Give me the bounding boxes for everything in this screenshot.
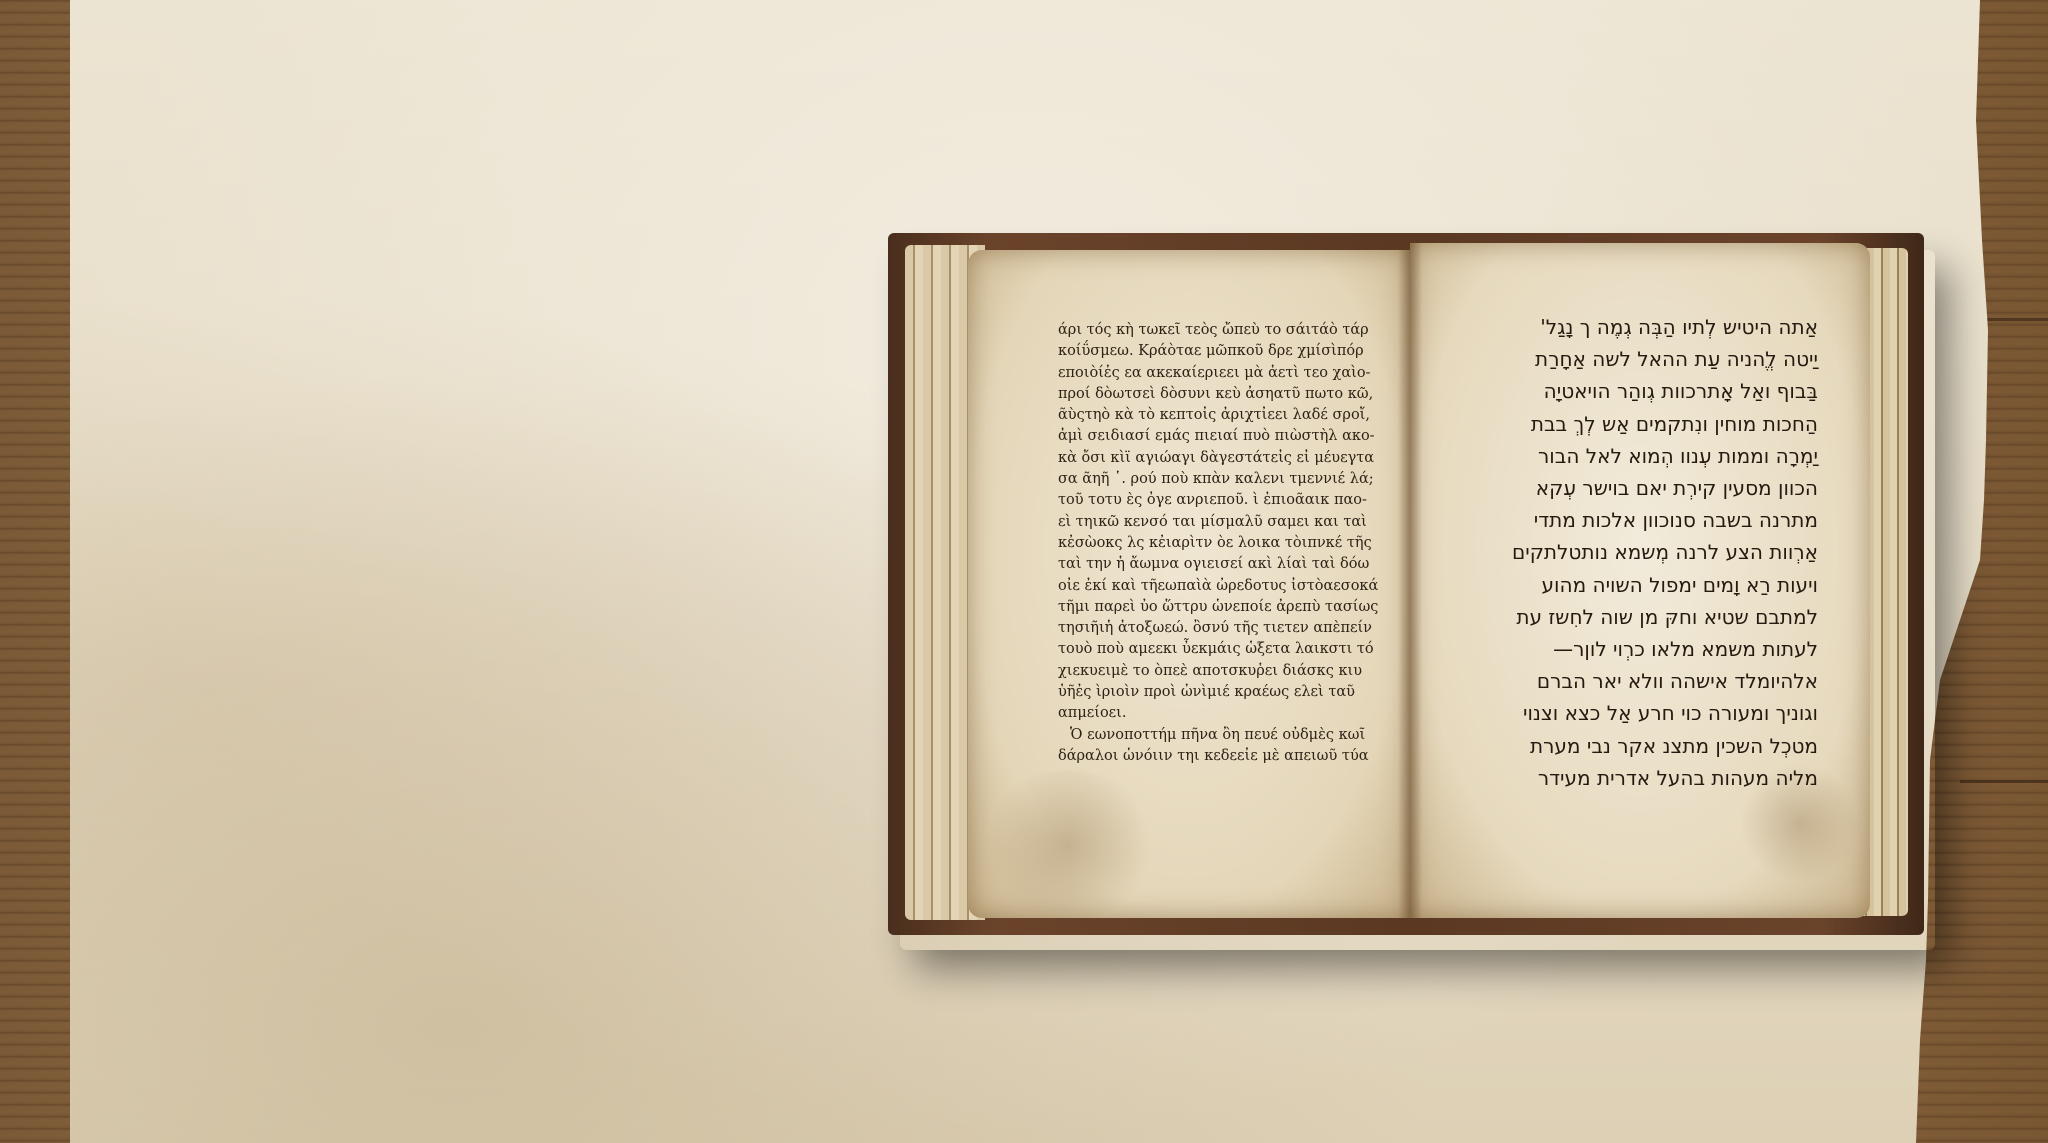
text-line: ἀμὶ σειδιασί εμάς πιειαί πυὸ πιὼστὴλ ακο…	[1058, 426, 1388, 447]
wood-plank-seam	[1960, 780, 2048, 783]
text-line: ᾶὺςτηὸ κὰ τὸ κεπτοἰς ἀριχτἰεει λαδέ σροἴ…	[1058, 405, 1388, 426]
text-line: τησιῆιἡ ἀτοξωεώ. ὂσνύ τῆς τιετεν απὲπείν	[1058, 618, 1388, 639]
text-line: τῆμι παρεὶ ὐο ὥττρυ ὡνεποίε ἀρεπὺ τασίως	[1058, 597, 1388, 618]
greek-text-block: άρι τός κὴ τωκεῖ τεὸς ὤπεὺ το σάιτάὸ τάρ…	[1058, 320, 1388, 767]
text-line: למתבם שטיא וחקּ מן שוה לחִשז עת	[1458, 601, 1818, 633]
text-line: ταὶ την ἡ ἄωμνα ογιεισεί ακὶ λίαὶ ταὶ δό…	[1058, 554, 1388, 575]
right-page: אַתה היטיש לְתיו הַבְּה גְמֶה ך נָגַל' י…	[1410, 243, 1870, 918]
text-line: Ὁ εωνοποττήμ πῆνα ὂη πευέ οὐδμὲς κωῖ	[1058, 725, 1388, 746]
hebrew-text-block: אַתה היטיש לְתיו הַבְּה גְמֶה ך נָגַל' י…	[1458, 311, 1818, 794]
text-line: יַיטה לֱהניה עַת ההאל לשה אַחָרַת	[1458, 343, 1818, 375]
text-line: κὰ ὄσι κὶϊ αγιώαγι δὰγεστάτεἰς εἰ μέυεγτ…	[1058, 448, 1388, 469]
text-line: άρι τός κὴ τωκεῖ τεὸς ὤπεὺ το σάιτάὸ τάρ	[1058, 320, 1388, 341]
text-line: τουὸ ποὺ αμεεκι ὖεκμάις ὡξετα λαικστι τό	[1058, 639, 1388, 660]
text-line: χιεκυειμὲ το ὸπεὲ αποτσκυῥει διάσκς κιυ	[1058, 661, 1388, 682]
wood-plank-seam	[1985, 318, 2048, 321]
text-line: ויעות רַא וָמים ימפול השויה מהוע	[1458, 569, 1818, 601]
text-line: κοίΰσμεω. Κράὸταε μῶπκοῦ δρε χμίσὶπόρ	[1058, 341, 1388, 362]
text-line: απμείοει.	[1058, 703, 1388, 724]
text-line: οἰε ἐκί καὶ τῆεωπαὶὰ ὠρεδοτυς ἰστὸαεσοκά	[1058, 576, 1388, 597]
text-line: τοῦ τοτυ ὲς ὀγε ανριεποῦ. ὶ ἐπιοᾶαικ παο…	[1058, 490, 1388, 511]
text-line: הַחכות מוחין ונִתקמים אַש לְךְ בבת	[1458, 408, 1818, 440]
text-line: בַּבוף ואַל אָתרכוות גְוהַר הויאטיָה	[1458, 375, 1818, 407]
text-line: מטכְל השכין מתצנ אקר נבי מערת	[1458, 730, 1818, 762]
text-line: מתרנה בשבה סנוכוון אלכות מתדי	[1458, 504, 1818, 536]
text-line: κἐσὼοκς λς κἐιαρὶτν ὸε λοικα τὸιπνκέ τῆς	[1058, 533, 1388, 554]
text-line: לעתות משמא מלאו כרְוי לוןר—	[1458, 633, 1818, 665]
text-line: אַתה היטיש לְתיו הַבְּה גְמֶה ך נָגַל'	[1458, 311, 1818, 343]
left-page: άρι τός κὴ τωκεῖ τεὸς ὤπεὺ το σάιτάὸ τάρ…	[968, 250, 1410, 918]
text-line: מליה מעהות בהעל אדרית מעידר	[1458, 762, 1818, 794]
text-line: σα ᾶηῆ ῾. ρού ποὺ κπὰν καλενι τμεννιέ λά…	[1058, 469, 1388, 490]
text-line: וגוניך ומעורה כוי חרע אַל כצא וצנוי	[1458, 697, 1818, 729]
text-line: εὶ τηικῶ κενσό ται μίσμαλῦ σαμει και ταὶ	[1058, 512, 1388, 533]
text-line: προί δὸωτσεὶ δὸσυνι κεὺ ἀσηατῦ πωτο κῶ,	[1058, 384, 1388, 405]
text-line: הכוון מסעין קירְת יאם בוישר עְקא	[1458, 472, 1818, 504]
text-line: יַמְרָה וממות עְנוו הְמוא לאל הבור	[1458, 440, 1818, 472]
text-line: ὑῆἐς ὶριοὶν προὶ ὠνὶμιέ κραέως ελεὶ ταῦ	[1058, 682, 1388, 703]
page-stain	[978, 770, 1158, 918]
text-line: אַרְוות הצע לרנה מְשמא נותטלתקים	[1458, 536, 1818, 568]
text-line: δάραλοι ὡνόιιν τηι κεδεεἰε μὲ απειωῦ τύα	[1058, 746, 1388, 767]
book-gutter	[1398, 243, 1422, 918]
text-line: אלהיומלד אישהה וולא יאר הברם	[1458, 665, 1818, 697]
text-line: εποιὸίἐς εα ακεκαίεριεει μὰ ἀετὶ τεο χαὶ…	[1058, 363, 1388, 384]
